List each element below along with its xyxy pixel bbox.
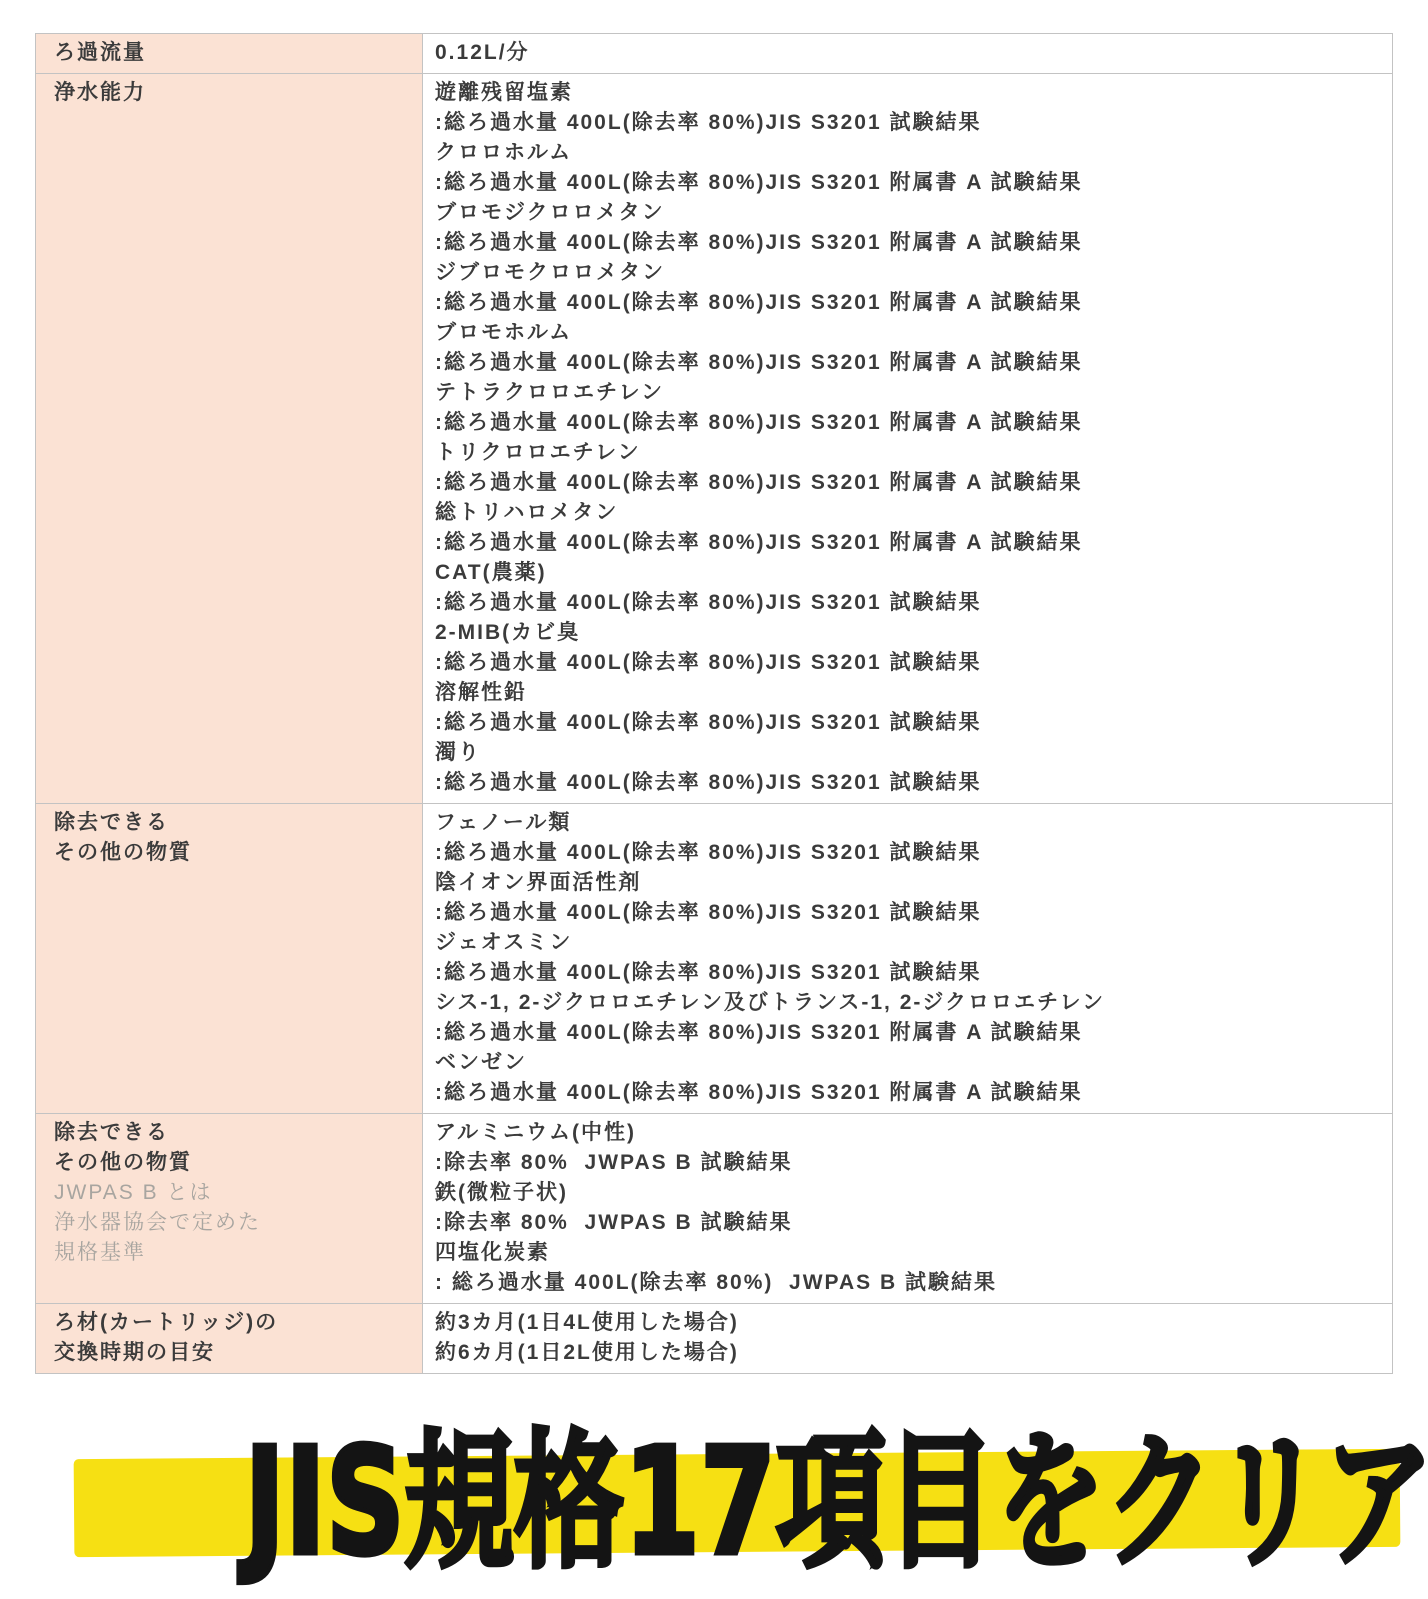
spec-value-line: :総ろ過水量 400L(除去率 80%)JIS S3201 試験結果 — [435, 108, 1382, 138]
spec-value-line: 2-MIB(カビ臭 — [435, 618, 1382, 648]
spec-value-line: ベンゼン — [435, 1048, 1382, 1078]
spec-value-line: :総ろ過水量 400L(除去率 80%)JIS S3201 附属書 A 試験結果 — [435, 348, 1382, 378]
spec-value-line: :総ろ過水量 400L(除去率 80%)JIS S3201 試験結果 — [435, 648, 1382, 678]
spec-value-line: :総ろ過水量 400L(除去率 80%)JIS S3201 附属書 A 試験結果 — [435, 228, 1382, 258]
spec-value-line: :総ろ過水量 400L(除去率 80%)JIS S3201 試験結果 — [435, 708, 1382, 738]
spec-label-line: その他の物質 — [54, 1148, 412, 1178]
spec-label-line: 浄水能力 — [54, 78, 412, 108]
spec-value-line: 濁り — [435, 738, 1382, 768]
spec-label-line: JWPAS B とは — [54, 1178, 412, 1208]
table-row: 浄水能力遊離残留塩素:総ろ過水量 400L(除去率 80%)JIS S3201 … — [36, 74, 1393, 804]
spec-label-cell: 除去できるその他の物質JWPAS B とは浄水器協会で定めた規格基準 — [36, 1114, 423, 1304]
spec-value-cell: アルミニウム(中性):除去率 80% JWPAS B 試験結果鉄(微粒子状):除… — [423, 1114, 1393, 1304]
banner-text: JIS規格17項目をクリア — [244, 1412, 1225, 1592]
spec-value-line: 四塩化炭素 — [435, 1238, 1382, 1268]
spec-label-line: ろ過流量 — [54, 38, 412, 68]
spec-label-line: 交換時期の目安 — [54, 1338, 412, 1368]
spec-sheet-page: ろ過流量0.12L/分浄水能力遊離残留塩素:総ろ過水量 400L(除去率 80%… — [0, 0, 1428, 1599]
spec-value-line: 総トリハロメタン — [435, 498, 1382, 528]
spec-value-line: 溶解性鉛 — [435, 678, 1382, 708]
spec-value-cell: フェノール類:総ろ過水量 400L(除去率 80%)JIS S3201 試験結果… — [423, 804, 1393, 1114]
spec-value-line: :総ろ過水量 400L(除去率 80%)JIS S3201 試験結果 — [435, 588, 1382, 618]
spec-value-line: クロロホルム — [435, 138, 1382, 168]
table-row: ろ材(カートリッジ)の交換時期の目安約3カ月(1日4L使用した場合)約6カ月(1… — [36, 1304, 1393, 1374]
spec-value-cell: 約3カ月(1日4L使用した場合)約6カ月(1日2L使用した場合) — [423, 1304, 1393, 1374]
table-row: 除去できるその他の物質フェノール類:総ろ過水量 400L(除去率 80%)JIS… — [36, 804, 1393, 1114]
spec-value-line: :総ろ過水量 400L(除去率 80%)JIS S3201 試験結果 — [435, 898, 1382, 928]
spec-value-line: 陰イオン界面活性剤 — [435, 868, 1382, 898]
spec-label-line: その他の物質 — [54, 838, 412, 868]
spec-value-line: フェノール類 — [435, 808, 1382, 838]
spec-value-line: :総ろ過水量 400L(除去率 80%)JIS S3201 附属書 A 試験結果 — [435, 408, 1382, 438]
spec-value-line: 遊離残留塩素 — [435, 78, 1382, 108]
spec-value-line: :総ろ過水量 400L(除去率 80%)JIS S3201 附属書 A 試験結果 — [435, 468, 1382, 498]
spec-value-line: :総ろ過水量 400L(除去率 80%)JIS S3201 附属書 A 試験結果 — [435, 1018, 1382, 1048]
spec-value-line: トリクロロエチレン — [435, 438, 1382, 468]
table-row: 除去できるその他の物質JWPAS B とは浄水器協会で定めた規格基準アルミニウム… — [36, 1114, 1393, 1304]
spec-table: ろ過流量0.12L/分浄水能力遊離残留塩素:総ろ過水量 400L(除去率 80%… — [35, 33, 1393, 1374]
spec-label-line: 浄水器協会で定めた — [54, 1208, 412, 1238]
spec-value-line: ブロモホルム — [435, 318, 1382, 348]
spec-value-line: テトラクロロエチレン — [435, 378, 1382, 408]
spec-value-line: シス-1, 2-ジクロロエチレン及びトランス-1, 2-ジクロロエチレン — [435, 988, 1382, 1018]
spec-value-line: CAT(農薬) — [435, 558, 1382, 588]
spec-value-line: :総ろ過水量 400L(除去率 80%)JIS S3201 試験結果 — [435, 838, 1382, 868]
spec-value-line: ジェオスミン — [435, 928, 1382, 958]
spec-label-cell: 除去できるその他の物質 — [36, 804, 423, 1114]
spec-value-line: ジブロモクロロメタン — [435, 258, 1382, 288]
spec-value-line: :総ろ過水量 400L(除去率 80%)JIS S3201 附属書 A 試験結果 — [435, 528, 1382, 558]
spec-value-line: アルミニウム(中性) — [435, 1118, 1382, 1148]
spec-label-line: 規格基準 — [54, 1238, 412, 1268]
table-row: ろ過流量0.12L/分 — [36, 34, 1393, 74]
spec-label-line: 除去できる — [54, 808, 412, 838]
spec-value-line: :総ろ過水量 400L(除去率 80%)JIS S3201 附属書 A 試験結果 — [435, 168, 1382, 198]
spec-value-cell: 遊離残留塩素:総ろ過水量 400L(除去率 80%)JIS S3201 試験結果… — [423, 74, 1393, 804]
spec-value-line: :除去率 80% JWPAS B 試験結果 — [435, 1148, 1382, 1178]
spec-value-line: 約6カ月(1日2L使用した場合) — [435, 1338, 1382, 1368]
spec-label-cell: ろ過流量 — [36, 34, 423, 74]
spec-value-line: 約3カ月(1日4L使用した場合) — [435, 1308, 1382, 1338]
spec-value-line: 鉄(微粒子状) — [435, 1178, 1382, 1208]
spec-value-line: ブロモジクロロメタン — [435, 198, 1382, 228]
spec-value-line: : 総ろ過水量 400L(除去率 80%) JWPAS B 試験結果 — [435, 1268, 1382, 1298]
spec-value-line: :総ろ過水量 400L(除去率 80%)JIS S3201 試験結果 — [435, 768, 1382, 798]
spec-label-line: ろ材(カートリッジ)の — [54, 1308, 412, 1338]
spec-value-line: :除去率 80% JWPAS B 試験結果 — [435, 1208, 1382, 1238]
spec-label-cell: 浄水能力 — [36, 74, 423, 804]
spec-table-body: ろ過流量0.12L/分浄水能力遊離残留塩素:総ろ過水量 400L(除去率 80%… — [36, 34, 1393, 1374]
spec-value-line: :総ろ過水量 400L(除去率 80%)JIS S3201 試験結果 — [435, 958, 1382, 988]
spec-label-line: 除去できる — [54, 1118, 412, 1148]
spec-value-line: 0.12L/分 — [435, 38, 1382, 68]
spec-value-line: :総ろ過水量 400L(除去率 80%)JIS S3201 附属書 A 試験結果 — [435, 288, 1382, 318]
spec-value-line: :総ろ過水量 400L(除去率 80%)JIS S3201 附属書 A 試験結果 — [435, 1078, 1382, 1108]
jis-banner: JIS規格17項目をクリア — [72, 1412, 1398, 1592]
spec-label-cell: ろ材(カートリッジ)の交換時期の目安 — [36, 1304, 423, 1374]
spec-value-cell: 0.12L/分 — [423, 34, 1393, 74]
